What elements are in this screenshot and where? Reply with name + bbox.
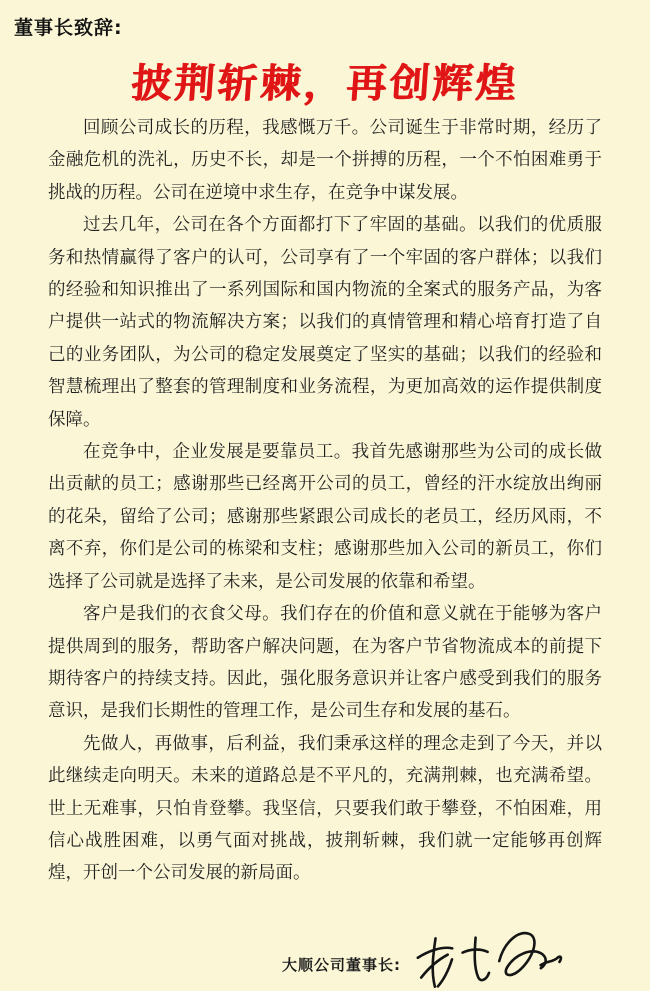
handwritten-signature-icon bbox=[405, 923, 567, 991]
signature-label: 大顺公司董事长: bbox=[282, 954, 401, 975]
paragraph-1: 回顾公司成长的历程，我感慨万千。公司诞生于非常时期，经历了金融危机的洗礼，历史不… bbox=[48, 112, 602, 209]
paragraph-4: 客户是我们的衣食父母。我们存在的价值和意义就在于能够为客户提供周到的服务，帮助客… bbox=[48, 598, 602, 728]
signature-row: 大顺公司董事长: bbox=[0, 928, 565, 988]
paragraph-2: 过去几年，公司在各个方面都打下了牢固的基础。以我们的优质服务和热情赢得了客户的认… bbox=[48, 209, 602, 436]
document-heading: 董事长致辞: bbox=[14, 13, 123, 40]
document-title: 披荆斩棘，再创辉煌 bbox=[0, 52, 650, 109]
document-body: 回顾公司成长的历程，我感慨万千。公司诞生于非常时期，经历了金融危机的洗礼，历史不… bbox=[48, 112, 602, 890]
chairman-address-page: 董事长致辞: 披荆斩棘，再创辉煌 回顾公司成长的历程，我感慨万千。公司诞生于非常… bbox=[0, 0, 650, 991]
paragraph-3: 在竞争中，企业发展是要靠员工。我首先感谢那些为公司的成长做出贡献的员工；感谢那些… bbox=[48, 436, 602, 598]
paragraph-5: 先做人，再做事，后利益，我们秉承这样的理念走到了今天，并以此继续走向明天。未来的… bbox=[48, 728, 602, 890]
